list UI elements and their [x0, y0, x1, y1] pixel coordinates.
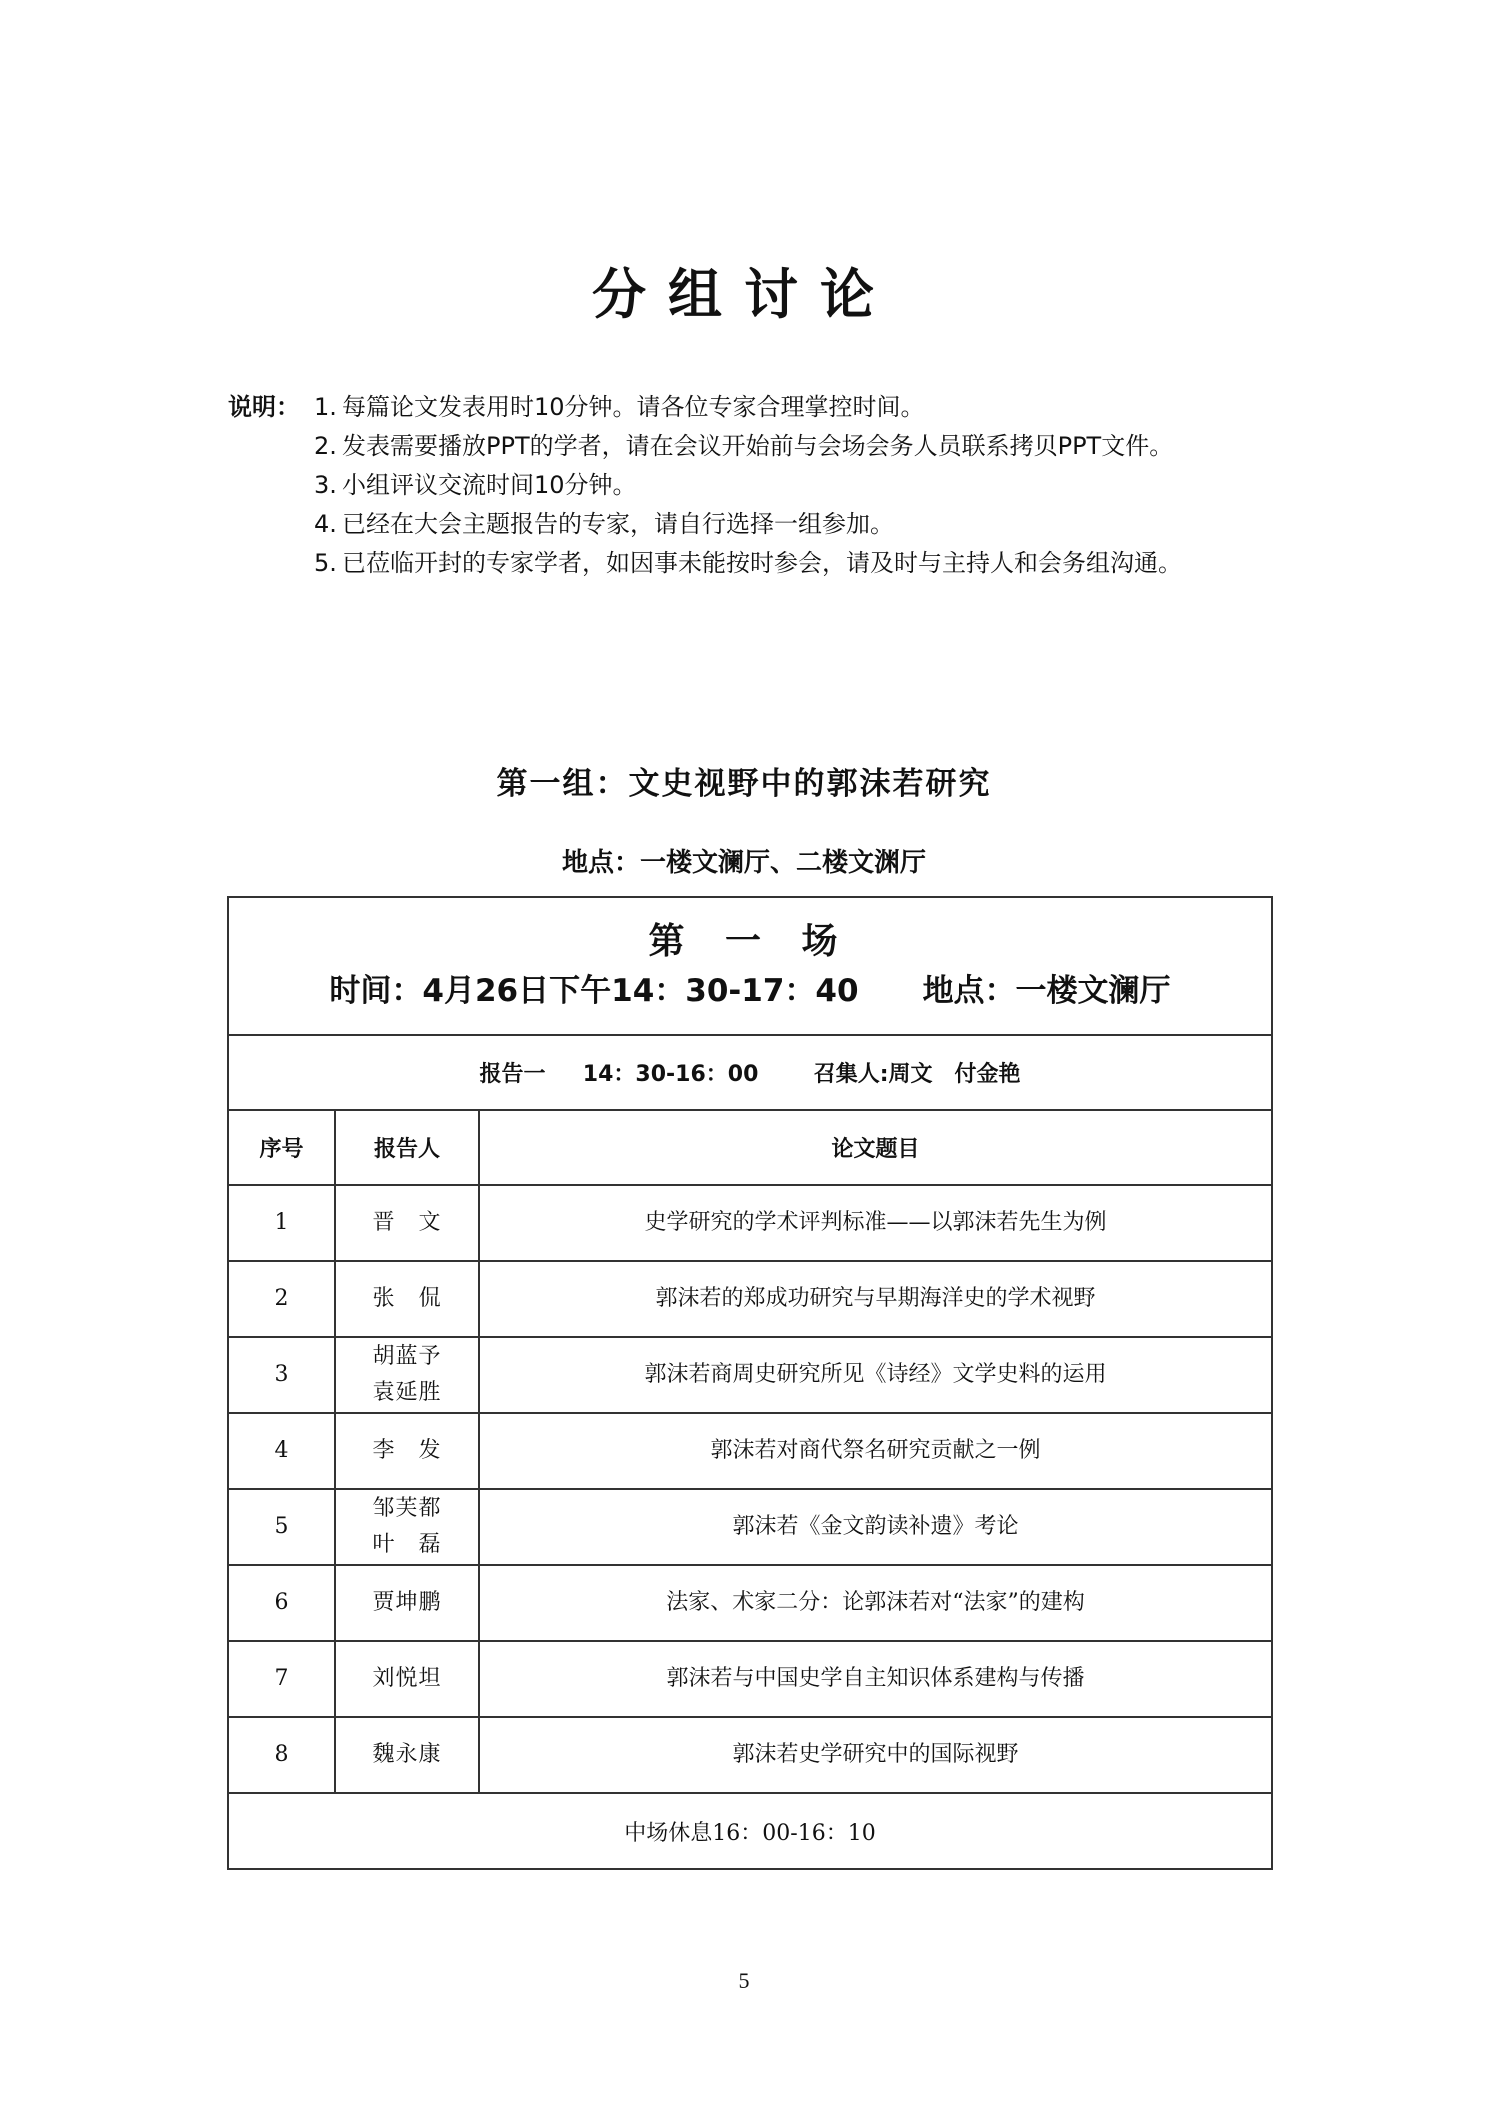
- table-row: 4 李 发 郭沫若对商代祭名研究贡献之一例: [228, 1413, 1272, 1489]
- report-label: 报告一: [479, 1062, 545, 1087]
- table-row: 3 胡蓝予 袁延胜 郭沫若商周史研究所见《诗经》文学史料的运用: [228, 1337, 1272, 1413]
- column-header-speaker: 报告人: [335, 1110, 479, 1185]
- row-paper-title: 郭沫若对商代祭名研究贡献之一例: [479, 1413, 1272, 1489]
- row-speaker: 魏永康: [335, 1717, 479, 1793]
- row-paper-title: 郭沫若的郑成功研究与早期海洋史的学术视野: [479, 1261, 1272, 1337]
- row-number: 3: [228, 1337, 335, 1413]
- instruction-item: 4.已经在大会主题报告的专家，请自行选择一组参加。: [314, 505, 1268, 544]
- column-header-title: 论文题目: [479, 1110, 1272, 1185]
- row-speaker: 李 发: [335, 1413, 479, 1489]
- row-paper-title: 法家、术家二分：论郭沫若对“法家”的建构: [479, 1565, 1272, 1641]
- row-paper-title: 史学研究的学术评判标准——以郭沫若先生为例: [479, 1185, 1272, 1261]
- instruction-item: 1.每篇论文发表用时10分钟。请各位专家合理掌控时间。: [314, 388, 1268, 427]
- page-number: 5: [0, 1968, 1488, 1994]
- row-number: 5: [228, 1489, 335, 1565]
- instruction-item: 5.已莅临开封的专家学者，如因事未能按时参会，请及时与主持人和会务组沟通。: [314, 544, 1268, 583]
- report-row: 报告一 14：30-16：00 召集人:周文 付金艳: [228, 1035, 1272, 1110]
- group-location: 地点：一楼文澜厅、二楼文渊厅: [0, 842, 1488, 879]
- report-convener: 召集人:周文 付金艳: [814, 1062, 1021, 1087]
- table-row: 8 魏永康 郭沫若史学研究中的国际视野: [228, 1717, 1272, 1793]
- table-row: 5 邹芙都 叶 磊 郭沫若《金文韵读补遗》考论: [228, 1489, 1272, 1565]
- instructions-label: 说明：: [228, 388, 300, 427]
- session-location: 地点：一楼文澜厅: [923, 973, 1171, 1009]
- row-paper-title: 郭沫若商周史研究所见《诗经》文学史料的运用: [479, 1337, 1272, 1413]
- instruction-item: 2.发表需要播放PPT的学者，请在会议开始前与会场会务人员联系拷贝PPT文件。: [314, 427, 1268, 466]
- session-name: 第 一 场: [229, 917, 1271, 967]
- row-number: 6: [228, 1565, 335, 1641]
- table-row: 1 晋 文 史学研究的学术评判标准——以郭沫若先生为例: [228, 1185, 1272, 1261]
- row-speaker: 胡蓝予 袁延胜: [335, 1337, 479, 1413]
- instructions: 说明： 1.每篇论文发表用时10分钟。请各位专家合理掌控时间。 2.发表需要播放…: [228, 388, 1268, 583]
- row-number: 7: [228, 1641, 335, 1717]
- table-row: 2 张 侃 郭沫若的郑成功研究与早期海洋史的学术视野: [228, 1261, 1272, 1337]
- group-title: 第一组：文史视野中的郭沫若研究: [0, 758, 1488, 803]
- break-info: 中场休息16：00-16：10: [228, 1793, 1272, 1869]
- row-speaker: 晋 文: [335, 1185, 479, 1261]
- row-paper-title: 郭沫若《金文韵读补遗》考论: [479, 1489, 1272, 1565]
- table-row: 7 刘悦坦 郭沫若与中国史学自主知识体系建构与传播: [228, 1641, 1272, 1717]
- instruction-item: 3.小组评议交流时间10分钟。: [314, 466, 1268, 505]
- table-row: 6 贾坤鹏 法家、术家二分：论郭沫若对“法家”的建构: [228, 1565, 1272, 1641]
- row-number: 4: [228, 1413, 335, 1489]
- report-info: 报告一 14：30-16：00 召集人:周文 付金艳: [228, 1035, 1272, 1110]
- row-number: 2: [228, 1261, 335, 1337]
- row-number: 8: [228, 1717, 335, 1793]
- row-paper-title: 郭沫若与中国史学自主知识体系建构与传播: [479, 1641, 1272, 1717]
- session-header: 第 一 场 时间：4月26日下午14：30-17：40地点：一楼文澜厅: [228, 897, 1272, 1035]
- row-speaker: 张 侃: [335, 1261, 479, 1337]
- row-paper-title: 郭沫若史学研究中的国际视野: [479, 1717, 1272, 1793]
- row-speaker: 刘悦坦: [335, 1641, 479, 1717]
- break-row: 中场休息16：00-16：10: [228, 1793, 1272, 1869]
- row-speaker: 邹芙都 叶 磊: [335, 1489, 479, 1565]
- schedule-table: 第 一 场 时间：4月26日下午14：30-17：40地点：一楼文澜厅 报告一 …: [227, 896, 1273, 1870]
- session-time: 时间：4月26日下午14：30-17：40: [329, 973, 858, 1009]
- report-time: 14：30-16：00: [583, 1062, 759, 1087]
- page-title: 分组讨论: [0, 252, 1488, 329]
- table-header-row: 序号 报告人 论文题目: [228, 1110, 1272, 1185]
- instructions-list: 1.每篇论文发表用时10分钟。请各位专家合理掌控时间。 2.发表需要播放PPT的…: [228, 388, 1268, 583]
- session-header-row: 第 一 场 时间：4月26日下午14：30-17：40地点：一楼文澜厅: [228, 897, 1272, 1035]
- row-speaker: 贾坤鹏: [335, 1565, 479, 1641]
- session-info: 时间：4月26日下午14：30-17：40地点：一楼文澜厅: [229, 967, 1271, 1015]
- column-header-no: 序号: [228, 1110, 335, 1185]
- row-number: 1: [228, 1185, 335, 1261]
